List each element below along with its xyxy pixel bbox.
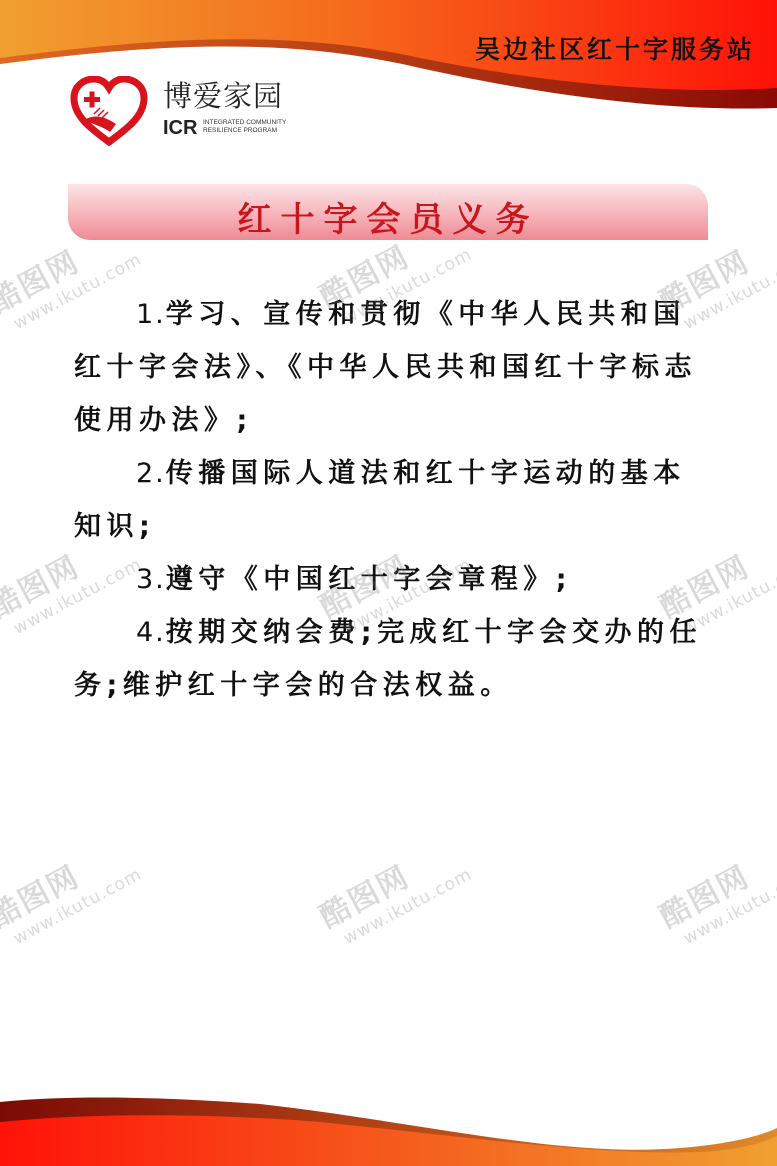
logo-name-en-line2: RESILIENCE PROGRAM <box>203 127 286 135</box>
duty-item-2: 2.传播国际人道法和红十字运动的基本知识; <box>74 447 706 553</box>
watermark: 酷图网www.ikutu.com <box>311 822 490 968</box>
duty-item-4: 4.按期交纳会费;完成红十字会交办的任务;维护红十字会的合法权益。 <box>74 606 706 712</box>
duty-item-1: 1.学习、宣传和贯彻《中华人民共和国红十字会法》、《中华人民共和国红十字标志使用… <box>74 288 706 447</box>
duty-text: 传播国际人道法和红十字运动的基本知识; <box>74 458 686 542</box>
duty-number: 3. <box>136 564 166 595</box>
duty-text: 按期交纳会费;完成红十字会交办的任务;维护红十字会的合法权益。 <box>74 617 702 701</box>
logo-name-cn: 博爱家园 <box>163 82 283 111</box>
heart-cross-hand-icon <box>70 76 148 146</box>
logo-name-en-line1: INTEGRATED COMMUNITY <box>203 119 286 127</box>
logo-name-en: INTEGRATED COMMUNITY RESILIENCE PROGRAM <box>203 119 286 135</box>
title-banner: 红十字会员义务 <box>68 184 708 240</box>
duty-number: 2. <box>136 458 166 489</box>
logo-abbr: ICR <box>163 118 197 138</box>
duties-list: 1.学习、宣传和贯彻《中华人民共和国红十字会法》、《中华人民共和国红十字标志使用… <box>74 288 706 712</box>
footer-wave-banner <box>0 1066 777 1166</box>
duty-number: 4. <box>136 617 166 648</box>
duty-text: 遵守《中国红十字会章程》; <box>166 564 572 595</box>
duty-text: 学习、宣传和贯彻《中华人民共和国红十字会法》、《中华人民共和国红十字标志使用办法… <box>74 299 697 436</box>
watermark: 酷图网www.ikutu.com <box>0 822 159 968</box>
watermark: 酷图网www.ikutu.com <box>651 822 777 968</box>
icr-logo: 博爱家园 ICR INTEGRATED COMMUNITY RESILIENCE… <box>70 76 310 146</box>
duty-number: 1. <box>136 299 166 330</box>
duty-item-3: 3.遵守《中国红十字会章程》; <box>74 553 706 606</box>
station-name: 吴边社区红十字服务站 <box>475 30 755 66</box>
page-title: 红十字会员义务 <box>68 192 708 241</box>
